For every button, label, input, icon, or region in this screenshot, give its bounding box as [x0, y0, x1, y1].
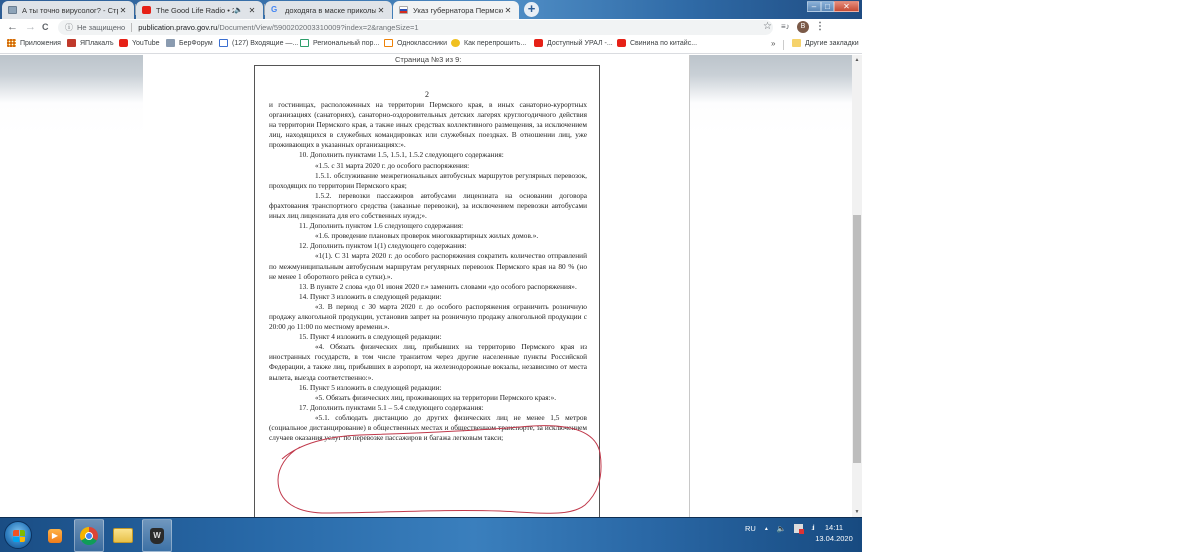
document-paragraph: «1(1). С 31 марта 2020 г. до особого рас…: [269, 251, 587, 281]
bookmark-label: Одноклассники: [397, 40, 447, 47]
tab-title: The Good Life Radio • 24/7 L: [156, 6, 234, 15]
address-bar[interactable]: ⓘ Не защищено publication.pravo.gov.ru/D…: [58, 20, 773, 35]
left-margin-panel: [0, 55, 143, 517]
document-paragraph: 15. Пункт 4 изложить в следующей редакци…: [269, 332, 587, 342]
document-paragraph: 16. Пункт 5 изложить в следующей редакци…: [269, 383, 587, 393]
divider: [131, 23, 132, 32]
document-paragraph: «4. Обязать физических лиц, прибывших на…: [269, 342, 587, 382]
more-bookmarks-button[interactable]: »: [771, 39, 775, 48]
media-control-icon[interactable]: ≡♪: [781, 21, 790, 33]
action-center-icon[interactable]: [794, 524, 803, 533]
document-page: 2 и гостиницах, расположенных на террито…: [254, 65, 600, 517]
document-paragraph: 1.5.2. перевозки пассажиров автобусами л…: [269, 191, 587, 221]
close-window-button[interactable]: ✕: [834, 1, 859, 12]
bookmark-label: Доступный УРАЛ -...: [547, 40, 613, 47]
language-indicator[interactable]: RU: [745, 524, 756, 533]
bookmark-regional-portal[interactable]: Региональный пор...: [300, 39, 379, 47]
document-paragraph: «3. В период с 30 марта 2020 г. до особо…: [269, 302, 587, 332]
other-bookmarks-folder[interactable]: Другие закладки: [792, 39, 859, 47]
system-tray: RU ▲ 🔈 .ıl: [745, 524, 814, 533]
browser-toolbar: ← → C ⓘ Не защищено publication.pravo.go…: [0, 19, 862, 36]
divider: [783, 40, 784, 50]
google-icon: G: [271, 6, 280, 14]
vertical-scrollbar[interactable]: ▲ ▼: [852, 55, 862, 517]
close-icon[interactable]: ✕: [376, 6, 386, 15]
forward-button[interactable]: →: [25, 21, 36, 34]
clock[interactable]: 14:11 13.04.2020: [812, 522, 856, 544]
show-hidden-icons-button[interactable]: ▲: [764, 526, 769, 532]
document-paragraph: 1.5.1. обслуживание межрегиональных авто…: [269, 171, 587, 191]
document-paragraph: «5.1. соблюдать дистанцию до других физи…: [269, 413, 587, 443]
bookmark-label: Другие закладки: [805, 40, 859, 47]
youtube-icon: [534, 39, 543, 47]
chrome-taskbar-button[interactable]: [74, 519, 104, 552]
chrome-icon: [80, 527, 98, 545]
bookmark-label: Свинина по китайс...: [630, 40, 697, 47]
document-paragraph: «1.5. с 31 марта 2020 г. до особого расп…: [269, 161, 587, 171]
desktop-screen: А ты точно вирусолог? - Стран ✕ The Good…: [0, 0, 862, 552]
bookmark-label: Региональный пор...: [313, 40, 379, 47]
windows-taskbar: ▶ W RU ▲ 🔈 .ıl 14:11 13.04.2020: [0, 517, 862, 552]
maximize-button[interactable]: □: [821, 1, 834, 12]
avatar[interactable]: В: [797, 21, 809, 33]
youtube-icon: [617, 39, 626, 47]
reload-button[interactable]: C: [42, 21, 49, 34]
document-paragraph: 13. В пункте 2 слова «до 01 июня 2020 г.…: [269, 282, 587, 292]
portal-icon: [300, 39, 309, 47]
back-button[interactable]: ←: [7, 21, 18, 34]
bookmark-label: YouTube: [132, 40, 160, 47]
security-label[interactable]: Не защищено: [77, 23, 125, 32]
document-paragraph: 17. Дополнить пунктами 5.1 – 5.4 следующ…: [269, 403, 587, 413]
tab-title: А ты точно вирусолог? - Стран: [22, 6, 118, 15]
yaplakal-icon: [67, 39, 76, 47]
tab-title: Указ губернатора Пермского кр: [413, 6, 503, 15]
bookmark-chinese-pork[interactable]: Свинина по китайс...: [617, 39, 697, 47]
close-icon[interactable]: ✕: [118, 6, 128, 15]
mail-icon: [219, 39, 228, 47]
media-player-icon: ▶: [48, 529, 62, 543]
tab-governor-decree[interactable]: Указ губернатора Пермского кр ✕: [393, 1, 519, 19]
file-explorer-taskbar-button[interactable]: [108, 519, 138, 552]
bookmark-yaplakal[interactable]: ЯПлакалъ: [67, 39, 114, 47]
document-paragraph: 12. Дополнить пунктом 1(1) следующего со…: [269, 241, 587, 251]
bookmark-inbox[interactable]: (127) Входящие —...: [219, 39, 298, 47]
document-paragraph: 14. Пункт 3 изложить в следующей редакци…: [269, 292, 587, 302]
tab-title: доходяга в маске приколы – Go: [285, 6, 376, 15]
speaker-icon[interactable]: 🔈: [234, 6, 243, 14]
apps-grid-icon: [7, 39, 16, 47]
document-paragraph: «5. Обязать физических лиц, проживающих …: [269, 393, 587, 403]
bookmark-label: Приложения: [20, 40, 61, 47]
url-host: publication.pravo.gov.ru: [138, 23, 217, 32]
bookmark-label: ЯПлакалъ: [80, 40, 114, 47]
forum-icon: [166, 39, 175, 47]
right-margin-panel: [689, 55, 852, 517]
scrollbar-thumb[interactable]: [853, 215, 861, 463]
menu-icon[interactable]: ⋮: [815, 21, 825, 33]
ok-mail-icon: [384, 39, 393, 47]
russia-flag-icon: [399, 6, 408, 14]
bookmark-apps[interactable]: Приложения: [7, 39, 61, 47]
media-player-taskbar-button[interactable]: ▶: [40, 519, 70, 552]
bookmarks-bar: Приложения ЯПлакалъ YouTube БерФорум (12…: [0, 36, 862, 54]
scroll-up-arrow-icon[interactable]: ▲: [852, 55, 862, 65]
url-path: /Document/View/5900202003310009?index=2&…: [217, 23, 418, 32]
time: 14:11: [812, 522, 856, 533]
tab-good-life-radio[interactable]: The Good Life Radio • 24/7 L 🔈 ✕: [136, 1, 263, 19]
volume-icon[interactable]: 🔈: [777, 524, 786, 533]
page-icon: [8, 6, 17, 14]
bookmark-how-to-flash[interactable]: Как перепрошить...: [451, 39, 526, 47]
page-indicator: Страница №3 из 9:: [395, 55, 461, 64]
bookmark-label: (127) Входящие —...: [232, 40, 298, 47]
close-icon[interactable]: ✕: [503, 6, 513, 15]
world-of-tanks-icon: W: [150, 528, 164, 544]
info-icon[interactable]: ⓘ: [65, 22, 73, 33]
windows-logo-icon: [13, 530, 25, 542]
bookmark-star-icon[interactable]: ☆: [763, 21, 772, 33]
tab-google-search[interactable]: G доходяга в маске приколы – Go ✕: [265, 1, 392, 19]
document-paragraph: и гостиницах, расположенных на территори…: [269, 100, 587, 150]
youtube-icon: [119, 39, 128, 47]
bookmark-berforum[interactable]: БерФорум: [166, 39, 213, 47]
question-icon: [451, 39, 460, 47]
document-paragraph: «1.6. проведение плановых проверок много…: [269, 231, 587, 241]
folder-icon: [113, 528, 133, 543]
tab-virologist[interactable]: А ты точно вирусолог? - Стран ✕: [2, 1, 134, 19]
bookmark-youtube[interactable]: YouTube: [119, 39, 160, 47]
scroll-down-arrow-icon[interactable]: ▼: [852, 507, 862, 517]
bookmark-label: Как перепрошить...: [464, 40, 526, 47]
bookmark-label: БерФорум: [179, 40, 213, 47]
document-text: и гостиницах, расположенных на территори…: [269, 100, 587, 443]
bookmark-accessible-ural[interactable]: Доступный УРАЛ -...: [534, 39, 613, 47]
document-paragraph: 10. Дополнить пунктами 1.5, 1.5.1, 1.5.2…: [269, 150, 587, 160]
world-of-tanks-taskbar-button[interactable]: W: [142, 519, 172, 552]
minimize-button[interactable]: –: [807, 1, 821, 12]
document-paragraph: 11. Дополнить пунктом 1.6 следующего сод…: [269, 221, 587, 231]
youtube-icon: [142, 6, 151, 14]
tab-strip: А ты точно вирусолог? - Стран ✕ The Good…: [0, 0, 862, 19]
folder-icon: [792, 39, 801, 47]
date: 13.04.2020: [812, 533, 856, 544]
start-button[interactable]: [4, 521, 32, 549]
bookmark-odnoklassniki[interactable]: Одноклассники: [384, 39, 447, 47]
close-icon[interactable]: ✕: [247, 6, 257, 15]
page-number: 2: [255, 90, 599, 99]
document-viewer: Страница №3 из 9: 2 и гостиницах, распол…: [0, 55, 852, 517]
new-tab-button[interactable]: +: [524, 2, 539, 17]
